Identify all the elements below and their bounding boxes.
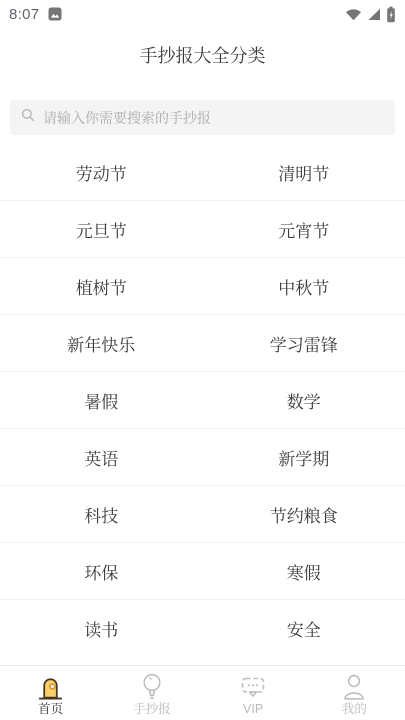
category-item[interactable]: 元旦节 [0,201,203,257]
chat-bubble-icon [239,671,267,701]
category-row: 读书 安全 [0,600,405,657]
battery-charging-icon [386,6,396,23]
category-row: 暑假 数学 [0,372,405,429]
category-item[interactable]: 读书 [0,600,203,657]
category-item[interactable]: 环保 [0,543,203,599]
status-time: 8:07 [9,6,39,23]
category-item[interactable]: 科技 [0,486,203,542]
tab-mine-label: 我的 [342,702,367,717]
category-item[interactable]: 劳动节 [0,144,203,200]
category-row: 科技 节约粮食 [0,486,405,543]
category-item[interactable]: 清明节 [203,144,405,200]
category-item[interactable]: 中秋节 [203,258,405,314]
search-icon [21,108,35,127]
category-item[interactable]: 寒假 [203,543,405,599]
tab-mine[interactable]: 我的 [304,666,405,720]
tab-shouchaobao-label: 手抄报 [133,702,171,717]
category-item[interactable]: 新学期 [203,429,405,485]
home-door-icon [36,671,65,701]
category-item[interactable]: 植树节 [0,258,203,314]
search-input[interactable] [43,110,384,126]
category-item[interactable]: 安全 [203,600,405,657]
category-item[interactable]: 数学 [203,372,405,428]
category-row: 劳动节 清明节 [0,144,405,201]
tab-vip-label: VIP [243,702,263,717]
tab-home[interactable]: 首页 [0,666,101,720]
wifi-icon [345,8,362,21]
category-row: 英语 新学期 [0,429,405,486]
status-bar: 8:07 [0,0,405,26]
category-row: 环保 寒假 [0,543,405,600]
page-title: 手抄报大全分类 [0,44,405,68]
category-grid: 劳动节 清明节 元旦节 元宵节 植树节 中秋节 新年快乐 学习雷锋 暑假 数学 … [0,144,405,657]
photo-icon [48,7,62,21]
search-bar [10,100,395,135]
search-box[interactable] [10,100,395,135]
category-item[interactable]: 暑假 [0,372,203,428]
tab-home-label: 首页 [38,702,63,717]
tab-vip[interactable]: VIP [203,666,304,720]
category-row: 元旦节 元宵节 [0,201,405,258]
person-icon [341,671,367,701]
category-row: 植树节 中秋节 [0,258,405,315]
category-item[interactable]: 节约粮食 [203,486,405,542]
tab-shouchaobao[interactable]: 手抄报 [101,666,202,720]
category-item[interactable]: 英语 [0,429,203,485]
category-row: 新年快乐 学习雷锋 [0,315,405,372]
cellular-signal-icon [367,8,381,21]
category-item[interactable]: 新年快乐 [0,315,203,371]
bottom-tab-bar: 首页 手抄报 VIP [0,665,405,720]
lightbulb-icon [139,671,165,701]
category-item[interactable]: 元宵节 [203,201,405,257]
category-item[interactable]: 学习雷锋 [203,315,405,371]
